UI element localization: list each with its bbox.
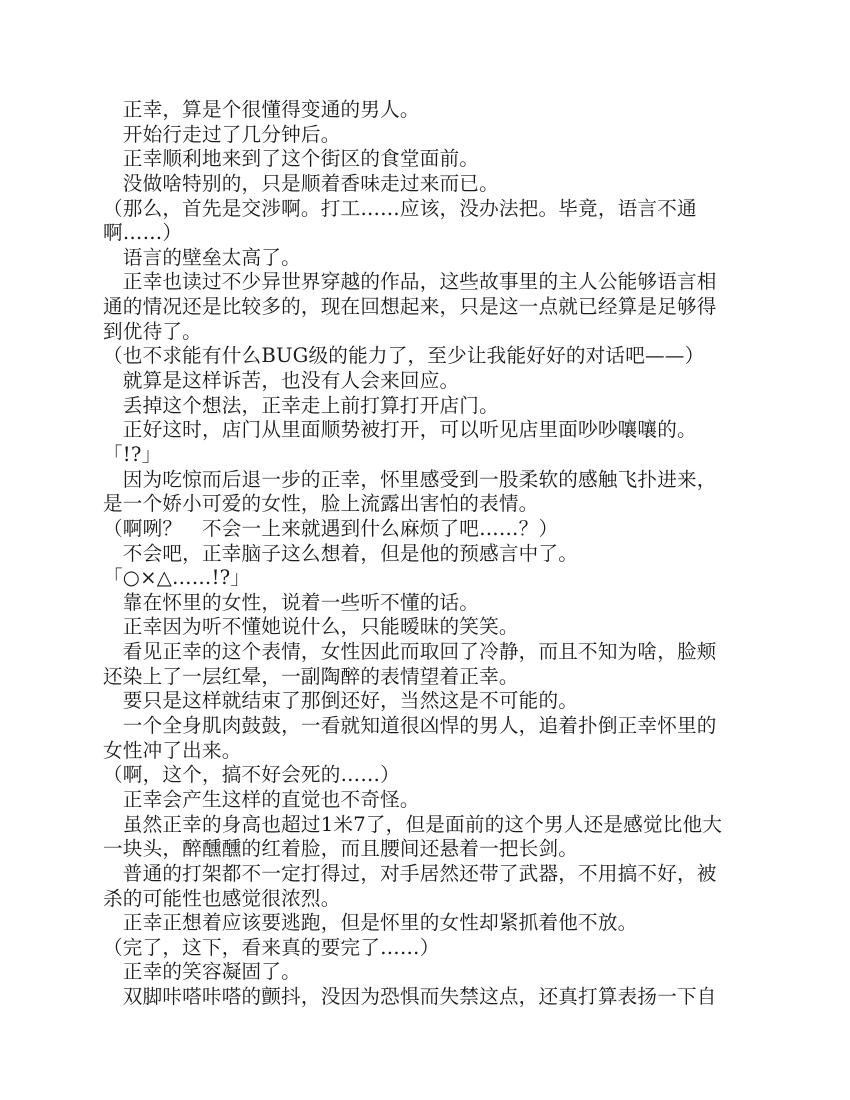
text-line: （啊，这个，搞不好会死的……） — [103, 763, 763, 788]
inner-thought-paragraph: （完了，这下，看来真的要完了……） — [103, 936, 763, 961]
text-line: （啊咧？ 不会一上来就遇到什么麻烦了吧……？） — [103, 517, 763, 542]
text-line: 「!?」 — [103, 443, 763, 468]
text-line: 正幸因为听不懂她说什么，只能暧昧的笑笑。 — [103, 615, 763, 640]
text-line: 靠在怀里的女性，说着一些听不懂的话。 — [103, 591, 763, 616]
text-line: 杀的可能性也感觉很浓烈。 — [103, 887, 763, 912]
paragraph: 正幸顺利地来到了这个街区的食堂面前。 — [103, 147, 763, 172]
text-line: 要只是这样就结束了那倒还好，当然这是不可能的。 — [103, 689, 763, 714]
text-line: 到优待了。 — [103, 320, 763, 345]
text-line: 正幸的笑容凝固了。 — [103, 960, 763, 985]
paragraph: 一个全身肌肉鼓鼓，一看就知道很凶悍的男人，追着扑倒正幸怀里的 女性冲了出来。 — [103, 714, 763, 763]
text-line: （完了，这下，看来真的要完了……） — [103, 936, 763, 961]
paragraph: 没做啥特别的，只是顺着香味走过来而已。 — [103, 172, 763, 197]
text-line: 正幸正想着应该要逃跑，但是怀里的女性却紧抓着他不放。 — [103, 911, 763, 936]
inner-thought-paragraph: （啊咧？ 不会一上来就遇到什么麻烦了吧……？） — [103, 517, 763, 542]
text-line: 看见正幸的这个表情，女性因此而取回了冷静，而且不知为啥，脸颊 — [103, 640, 763, 665]
body-text: 正幸，算是个很懂得变通的男人。 开始行走过了几分钟后。 正幸顺利地来到了这个街区… — [103, 98, 763, 1010]
paragraph: 正好这时，店门从里面顺势被打开，可以听见店里面吵吵嚷嚷的。 — [103, 418, 763, 443]
paragraph: 正幸会产生这样的直觉也不奇怪。 — [103, 788, 763, 813]
text-line: 开始行走过了几分钟后。 — [103, 123, 763, 148]
inner-thought-paragraph: （啊，这个，搞不好会死的……） — [103, 763, 763, 788]
paragraph: 要只是这样就结束了那倒还好，当然这是不可能的。 — [103, 689, 763, 714]
text-line: 不会吧，正幸脑子这么想着，但是他的预感言中了。 — [103, 542, 763, 567]
dialogue-paragraph: 「○×△……!?」 — [103, 566, 763, 591]
paragraph: 靠在怀里的女性，说着一些听不懂的话。 — [103, 591, 763, 616]
paragraph: 正幸也读过不少异世界穿越的作品，这些故事里的主人公能够语言相 通的情况还是比较多… — [103, 270, 763, 344]
text-line: 一个全身肌肉鼓鼓，一看就知道很凶悍的男人，追着扑倒正幸怀里的 — [103, 714, 763, 739]
inner-thought-paragraph: （那么，首先是交涉啊。打工……应该，没办法把。毕竟，语言不通 啊……） — [103, 197, 763, 246]
text-line: 正幸顺利地来到了这个街区的食堂面前。 — [103, 147, 763, 172]
text-line: 「○×△……!?」 — [103, 566, 763, 591]
paragraph: 就算是这样诉苦，也没有人会来回应。 — [103, 369, 763, 394]
paragraph: 不会吧，正幸脑子这么想着，但是他的预感言中了。 — [103, 542, 763, 567]
paragraph: 开始行走过了几分钟后。 — [103, 123, 763, 148]
text-line: 正幸，算是个很懂得变通的男人。 — [103, 98, 763, 123]
text-line: 丢掉这个想法，正幸走上前打算打开店门。 — [103, 394, 763, 419]
paragraph: 虽然正幸的身高也超过1米7了，但是面前的这个男人还是感觉比他大 一块头，醉醺醺的… — [103, 813, 763, 862]
text-line: 因为吃惊而后退一步的正幸，怀里感受到一股柔软的感触飞扑进来， — [103, 468, 763, 493]
paragraph: 语言的壁垒太高了。 — [103, 246, 763, 271]
text-line: 正幸会产生这样的直觉也不奇怪。 — [103, 788, 763, 813]
text-line: 女性冲了出来。 — [103, 739, 763, 764]
document-page: 正幸，算是个很懂得变通的男人。 开始行走过了几分钟后。 正幸顺利地来到了这个街区… — [0, 0, 850, 1100]
paragraph: 正幸因为听不懂她说什么，只能暧昧的笑笑。 — [103, 615, 763, 640]
paragraph: 正幸，算是个很懂得变通的男人。 — [103, 98, 763, 123]
paragraph: 双脚咔嗒咔嗒的颤抖，没因为恐惧而失禁这点，还真打算表扬一下自 — [103, 985, 763, 1010]
text-line: 正好这时，店门从里面顺势被打开，可以听见店里面吵吵嚷嚷的。 — [103, 418, 763, 443]
paragraph: 正幸的笑容凝固了。 — [103, 960, 763, 985]
text-line: （也不求能有什么BUG级的能力了，至少让我能好好的对话吧——） — [103, 344, 763, 369]
paragraph: 因为吃惊而后退一步的正幸，怀里感受到一股柔软的感触飞扑进来， 是一个娇小可爱的女… — [103, 468, 763, 517]
text-line: 就算是这样诉苦，也没有人会来回应。 — [103, 369, 763, 394]
paragraph: 普通的打架都不一定打得过，对手居然还带了武器，不用搞不好，被 杀的可能性也感觉很… — [103, 862, 763, 911]
text-line: 啊……） — [103, 221, 763, 246]
text-line: 一块头，醉醺醺的红着脸，而且腰间还悬着一把长剑。 — [103, 837, 763, 862]
paragraph: 看见正幸的这个表情，女性因此而取回了冷静，而且不知为啥，脸颊 还染上了一层红晕，… — [103, 640, 763, 689]
text-line: 双脚咔嗒咔嗒的颤抖，没因为恐惧而失禁这点，还真打算表扬一下自 — [103, 985, 763, 1010]
text-line: 是一个娇小可爱的女性，脸上流露出害怕的表情。 — [103, 492, 763, 517]
dialogue-paragraph: 「!?」 — [103, 443, 763, 468]
text-line: 还染上了一层红晕，一副陶醉的表情望着正幸。 — [103, 665, 763, 690]
text-line: 没做啥特别的，只是顺着香味走过来而已。 — [103, 172, 763, 197]
text-line: 虽然正幸的身高也超过1米7了，但是面前的这个男人还是感觉比他大 — [103, 813, 763, 838]
text-line: （那么，首先是交涉啊。打工……应该，没办法把。毕竟，语言不通 — [103, 197, 763, 222]
text-line: 正幸也读过不少异世界穿越的作品，这些故事里的主人公能够语言相 — [103, 270, 763, 295]
paragraph: 正幸正想着应该要逃跑，但是怀里的女性却紧抓着他不放。 — [103, 911, 763, 936]
text-line: 普通的打架都不一定打得过，对手居然还带了武器，不用搞不好，被 — [103, 862, 763, 887]
text-line: 通的情况还是比较多的，现在回想起来，只是这一点就已经算是足够得 — [103, 295, 763, 320]
paragraph: 丢掉这个想法，正幸走上前打算打开店门。 — [103, 394, 763, 419]
text-line: 语言的壁垒太高了。 — [103, 246, 763, 271]
inner-thought-paragraph: （也不求能有什么BUG级的能力了，至少让我能好好的对话吧——） — [103, 344, 763, 369]
